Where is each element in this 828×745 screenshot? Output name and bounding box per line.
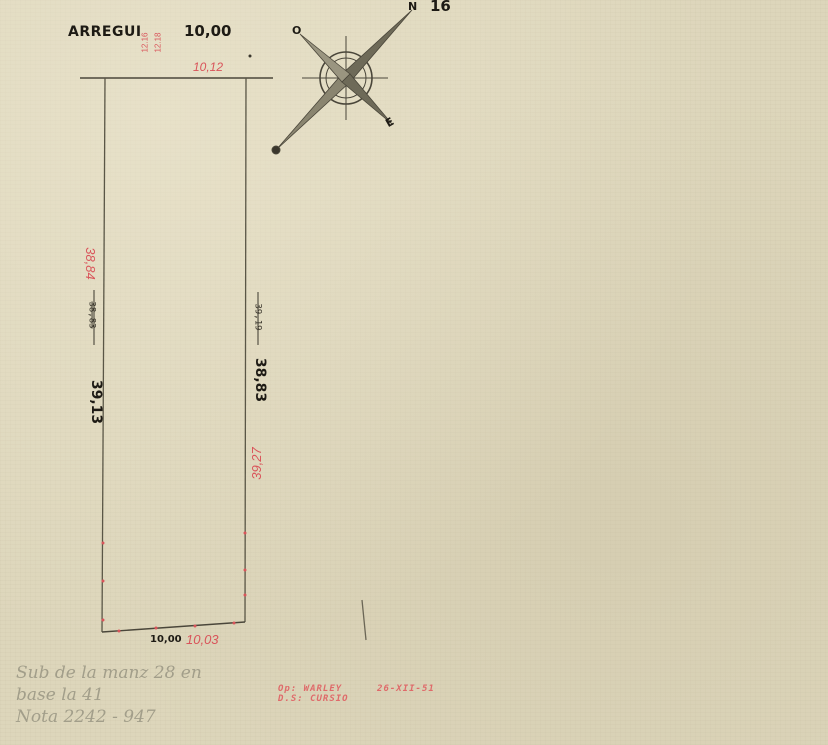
right-side-measured: 39,27 <box>249 447 264 480</box>
right-side-printed: 38,83 <box>252 358 268 402</box>
stamp-operator: Op: WARLEY <box>278 684 342 694</box>
front-small-annotation-1: 12.16 <box>141 32 150 52</box>
front-width-printed: 10,00 <box>184 22 231 40</box>
stamp-line-2: D.S: CURSIO <box>278 694 435 704</box>
handwritten-note-line-2: base la 41 <box>16 684 276 706</box>
left-side-struck: 38,83 <box>87 301 97 328</box>
plot-drawing <box>0 0 828 745</box>
compass-west-label: O <box>292 24 301 37</box>
back-width-printed: 10,00 <box>150 634 182 645</box>
red-tick-marks <box>102 532 247 633</box>
handwritten-note-line-1: Sub de la manz 28 en <box>16 662 276 684</box>
left-boundary-line <box>102 78 105 632</box>
left-side-measured: 38,84 <box>83 247 98 280</box>
right-boundary-line <box>245 78 246 622</box>
sheet-number: 16 <box>430 0 451 15</box>
back-width-measured: 10,03 <box>186 632 219 647</box>
street-name: ARREGUI <box>68 24 142 40</box>
right-side-struck: 39,19 <box>253 303 263 330</box>
front-width-measured: 10,12 <box>193 60 223 74</box>
front-small-annotation-2: 12.18 <box>154 32 163 52</box>
handwritten-note-line-3: Nota 2242 - 947 <box>16 706 276 728</box>
left-side-printed: 39,13 <box>88 380 104 424</box>
operator-stamp: Op: WARLEY 26-XII-51 D.S: CURSIO <box>278 684 435 704</box>
handwritten-note: Sub de la manz 28 en base la 41 Nota 224… <box>16 662 276 728</box>
back-boundary-line <box>102 622 245 632</box>
ink-dot <box>249 55 252 58</box>
stamp-date: 26-XII-51 <box>377 684 435 694</box>
compass-north-label: N <box>408 0 417 13</box>
stray-mark <box>362 600 366 640</box>
